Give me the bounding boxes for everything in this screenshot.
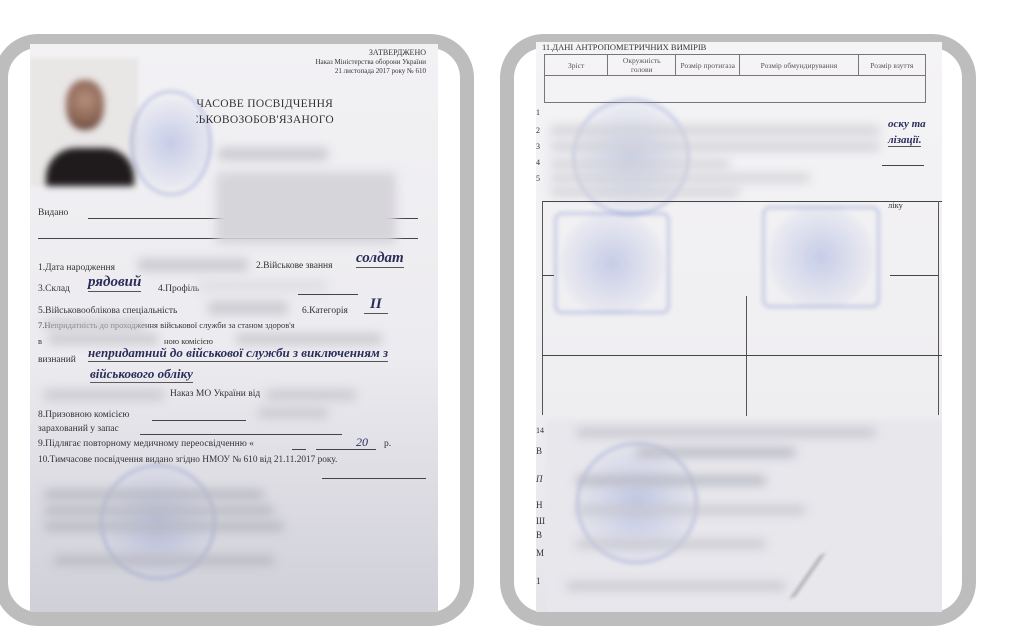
approval-line1: Наказ Міністерства оборони України [315, 58, 426, 66]
rect-stamp-right [762, 206, 880, 308]
redacted-item7 [44, 320, 144, 329]
redacted-row-5 [550, 188, 740, 196]
redacted-commission [48, 334, 158, 344]
redacted-lower-5 [576, 540, 766, 548]
category-label: 6.Категорія [302, 306, 348, 316]
recognized-value-line2: військового обліку [90, 366, 193, 383]
profile-line [298, 294, 358, 295]
header-shoe-size: Розмір взуття [858, 55, 925, 76]
table-value-row [545, 76, 926, 103]
rect-stamp-left [554, 212, 670, 314]
item8-line [152, 420, 246, 421]
doc-title-line1: ТИМЧАСОВЕ ПОСВІДЧЕННЯ [196, 98, 370, 110]
redacted-lower-6 [566, 582, 786, 590]
redacted-lower-2 [636, 448, 796, 457]
redacted-footer-2 [44, 506, 274, 515]
row-marker-3: 3 [536, 142, 540, 151]
document-page-back: 11.ДАНІ АНТРОПОМЕТРИЧНИХ ВИМІРІВ Зріст О… [536, 42, 942, 612]
grid-top-line [542, 201, 942, 202]
table-header-row: Зріст Окружність голови Розмір протигаза… [545, 55, 926, 76]
redacted-row-4 [550, 174, 810, 182]
anthropometric-table: Зріст Окружність голови Розмір протигаза… [544, 54, 926, 103]
item9-label: 9.Підлягає повторному медичному переосві… [38, 439, 254, 449]
grid-mid-line-right [890, 275, 938, 276]
redacted-row-1 [550, 126, 880, 135]
redacted-specialty [208, 302, 288, 314]
redacted-footer-1 [44, 490, 264, 499]
redacted-item8 [258, 408, 328, 418]
redacted-footer-3 [44, 522, 284, 531]
header-uniform-size: Розмір обмундирування [740, 55, 859, 76]
row-line-2 [882, 165, 924, 166]
document-page-front: ЗАТВЕРДЖЕНО Наказ Міністерства оборони У… [30, 44, 438, 612]
item9-suffix: р. [384, 439, 391, 449]
redacted-profile [198, 280, 328, 292]
birth-date-label: 1.Дата народження [38, 263, 115, 273]
redacted-birth-date [138, 259, 248, 271]
row-marker-4: 4 [536, 158, 540, 167]
header-height: Зріст [545, 55, 608, 76]
grid-lower-line [542, 355, 942, 356]
item7-line2-prefix: в [38, 336, 42, 346]
doc-title-line2: ВІЙСЬКОВОЗОБОВ'ЯЗАНОГО [196, 114, 370, 126]
recognized-value-line1: непридатний до військової служби з виклю… [88, 345, 388, 362]
redacted-lower-3 [576, 476, 766, 485]
redacted-footer-4 [54, 556, 274, 565]
order-text: Наказ МО України від [170, 389, 260, 399]
anthropometric-section-title: 11.ДАНІ АНТРОПОМЕТРИЧНИХ ВИМІРІВ [542, 42, 706, 52]
redacted-name [216, 172, 396, 244]
row-marker-n: Н [536, 500, 543, 510]
staff-value: рядовий [88, 274, 141, 292]
row-marker-last: 1 [536, 576, 541, 586]
row-marker-sh: Ш [536, 516, 545, 526]
redacted-number [218, 148, 328, 160]
redacted-row-3 [550, 160, 730, 168]
row-marker-v: В [536, 530, 542, 540]
item8-label: 8.Призовною комісією [38, 410, 129, 420]
doc-title-clip-2: ВІЙСЬКОВОЗОБОВ'ЯЗАНОГО [196, 114, 396, 126]
photo-head [66, 80, 104, 130]
rank-value: солдат [356, 250, 404, 268]
redacted-lower-1 [576, 428, 876, 437]
row-marker-m: М [536, 548, 544, 558]
item9-year: 20 [356, 435, 368, 450]
handwritten-fragment-1: оску та [888, 118, 926, 130]
specialty-label: 5.Військовооблікова спеціальність [38, 306, 177, 316]
item10-text: 10.Тимчасове посвідчення видано згідно Н… [38, 455, 337, 465]
row-marker-14: 14 [536, 426, 544, 435]
redacted-order [44, 390, 164, 400]
grid-left-line [542, 201, 543, 415]
recognized-label: визнаний [38, 355, 76, 365]
row-marker-b: В [536, 446, 542, 456]
approval-line2: 21 листопада 2017 року № 610 [335, 67, 426, 75]
rank-label: 2.Військове звання [256, 261, 333, 271]
header-head-circumference: Окружність голови [608, 55, 676, 76]
id-photo [30, 58, 138, 186]
photo-shoulders [46, 148, 134, 186]
redacted-lower-4 [576, 506, 806, 514]
redacted-order-date [266, 390, 356, 400]
grid-center-line [746, 296, 747, 416]
reserve-line [140, 434, 342, 435]
reserve-label: зарахований у запас [38, 424, 119, 434]
approval-title: ЗАТВЕРДЖЕНО [369, 48, 426, 57]
handwritten-fragment-2: лізації. [888, 134, 921, 147]
issued-label: Видано [38, 208, 68, 218]
doc-title-clip: ТИМЧАСОВЕ ПОСВІДЧЕННЯ [196, 98, 396, 110]
signature-line [322, 478, 426, 479]
profile-label: 4.Профіль [158, 284, 199, 294]
grid-right-line [938, 201, 939, 415]
redacted-row-2 [550, 142, 880, 151]
row-marker-2: 2 [536, 126, 540, 135]
row-marker-p: П [536, 474, 543, 484]
row-marker-5: 5 [536, 174, 540, 183]
official-stamp-right-top [572, 98, 690, 216]
header-gas-mask-size: Розмір протигаза [676, 55, 740, 76]
grid-mid-line-left [542, 275, 554, 276]
row-marker-1: 1 [536, 108, 540, 117]
category-value: II [364, 296, 388, 314]
redacted-commission-2 [236, 334, 382, 344]
staff-label: 3.Склад [38, 284, 70, 294]
item9-day-line [292, 449, 306, 450]
